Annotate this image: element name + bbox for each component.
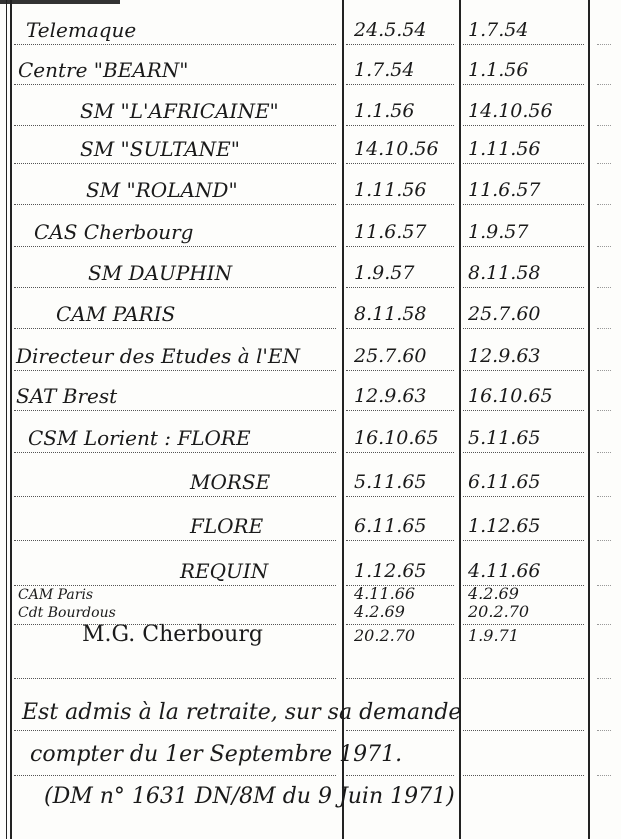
margin-dots bbox=[597, 678, 611, 679]
row-assignment: FLORE bbox=[190, 514, 263, 538]
row-from-date: 14.10.56 bbox=[354, 138, 439, 160]
row-assignment: SM "SULTANE" bbox=[80, 137, 240, 161]
margin-dots bbox=[597, 204, 611, 205]
right-border-line bbox=[588, 0, 590, 839]
row-to-date: 4.2.69 bbox=[468, 584, 519, 603]
ruled-line bbox=[346, 125, 454, 126]
ruled-line bbox=[14, 452, 336, 453]
closing-note-line-3: (DM n° 1631 DN/8M du 9 Juin 1971) bbox=[44, 784, 455, 809]
ruled-line bbox=[346, 370, 454, 371]
ruled-line bbox=[14, 287, 336, 288]
closing-note-line-1: Est admis à la retraite, sur sa demande bbox=[22, 700, 461, 725]
ruled-line bbox=[14, 163, 336, 164]
row-to-date: 1.12.65 bbox=[468, 515, 541, 537]
ruled-line bbox=[346, 775, 454, 776]
row-from-date: 1.11.56 bbox=[354, 179, 427, 201]
row-from-date: 8.11.58 bbox=[354, 303, 427, 325]
row-assignment: Centre "BEARN" bbox=[18, 58, 189, 82]
ruled-line bbox=[14, 84, 336, 85]
row-from-date: 16.10.65 bbox=[354, 427, 439, 449]
ruled-line bbox=[346, 496, 454, 497]
row-from-date: 12.9.63 bbox=[354, 385, 427, 407]
margin-dots bbox=[597, 246, 611, 247]
ruled-line bbox=[14, 328, 336, 329]
ruled-line bbox=[346, 44, 454, 45]
ruled-line bbox=[14, 624, 336, 625]
ruled-line bbox=[14, 204, 336, 205]
row-assignment: CAM PARIS bbox=[56, 302, 175, 326]
row-assignment: M.G. Cherbourg bbox=[82, 622, 263, 647]
margin-dots bbox=[597, 775, 611, 776]
ruled-line bbox=[14, 246, 336, 247]
margin-dots bbox=[597, 125, 611, 126]
row-assignment: Cdt Bourdous bbox=[18, 605, 116, 621]
ruled-line bbox=[14, 44, 336, 45]
ruled-line bbox=[346, 410, 454, 411]
row-to-date: 4.11.66 bbox=[468, 560, 541, 582]
ruled-line bbox=[463, 775, 584, 776]
row-from-date: 1.12.65 bbox=[354, 560, 427, 582]
row-from-date: 20.2.70 bbox=[354, 626, 415, 645]
ledger-page: Telemaque24.5.541.7.54Centre "BEARN"1.7.… bbox=[0, 0, 621, 839]
ruled-line bbox=[14, 730, 336, 731]
ruled-line bbox=[463, 370, 584, 371]
margin-dots bbox=[597, 410, 611, 411]
ruled-line bbox=[463, 246, 584, 247]
ruled-line bbox=[14, 496, 336, 497]
margin-dots bbox=[597, 328, 611, 329]
row-from-date: 4.2.69 bbox=[354, 602, 405, 621]
row-assignment: SM "L'AFRICAINE" bbox=[80, 99, 279, 123]
row-to-date: 1.7.54 bbox=[468, 19, 528, 41]
row-to-date: 5.11.65 bbox=[468, 427, 541, 449]
row-to-date: 20.2.70 bbox=[468, 602, 529, 621]
row-assignment: CSM Lorient : FLORE bbox=[28, 426, 251, 450]
ruled-line bbox=[463, 452, 584, 453]
margin-dots bbox=[597, 496, 611, 497]
ruled-line bbox=[463, 496, 584, 497]
ruled-line bbox=[14, 585, 336, 586]
ruled-line bbox=[346, 84, 454, 85]
ruled-line bbox=[463, 125, 584, 126]
row-assignment: Directeur des Etudes à l'EN bbox=[16, 344, 300, 368]
ruled-line bbox=[14, 370, 336, 371]
ruled-line bbox=[14, 775, 336, 776]
row-from-date: 25.7.60 bbox=[354, 345, 427, 367]
margin-dots bbox=[597, 44, 611, 45]
ruled-line bbox=[463, 44, 584, 45]
ruled-line bbox=[463, 84, 584, 85]
ruled-line bbox=[463, 678, 584, 679]
ruled-line bbox=[346, 204, 454, 205]
ruled-line bbox=[14, 540, 336, 541]
left-margin-line bbox=[6, 0, 7, 839]
row-assignment: CAS Cherbourg bbox=[34, 220, 193, 244]
left-border-line bbox=[10, 0, 12, 839]
row-assignment: Telemaque bbox=[26, 18, 136, 42]
row-to-date: 6.11.65 bbox=[468, 471, 541, 493]
ruled-line bbox=[463, 624, 584, 625]
ruled-line bbox=[346, 328, 454, 329]
ruled-line bbox=[346, 287, 454, 288]
row-from-date: 1.9.57 bbox=[354, 262, 414, 284]
row-to-date: 25.7.60 bbox=[468, 303, 541, 325]
ruled-line bbox=[463, 328, 584, 329]
row-to-date: 12.9.63 bbox=[468, 345, 541, 367]
row-from-date: 1.1.56 bbox=[354, 100, 414, 122]
row-assignment: REQUIN bbox=[180, 559, 268, 583]
ruled-line bbox=[346, 585, 454, 586]
row-to-date: 1.9.71 bbox=[468, 626, 519, 645]
row-assignment: SM DAUPHIN bbox=[88, 261, 232, 285]
margin-dots bbox=[597, 84, 611, 85]
margin-dots bbox=[597, 624, 611, 625]
row-from-date: 24.5.54 bbox=[354, 19, 427, 41]
row-assignment: SM "ROLAND" bbox=[86, 178, 238, 202]
row-to-date: 8.11.58 bbox=[468, 262, 541, 284]
ruled-line bbox=[346, 730, 454, 731]
ruled-line bbox=[346, 540, 454, 541]
row-to-date: 16.10.65 bbox=[468, 385, 553, 407]
margin-dots bbox=[597, 452, 611, 453]
margin-dots bbox=[597, 730, 611, 731]
ruled-line bbox=[463, 730, 584, 731]
row-to-date: 1.11.56 bbox=[468, 138, 541, 160]
row-from-date: 4.11.66 bbox=[354, 584, 415, 603]
margin-dots bbox=[597, 585, 611, 586]
ruled-line bbox=[346, 246, 454, 247]
row-from-date: 11.6.57 bbox=[354, 221, 427, 243]
ruled-line bbox=[463, 204, 584, 205]
row-to-date: 1.1.56 bbox=[468, 59, 528, 81]
ruled-line bbox=[463, 410, 584, 411]
top-edge-mark bbox=[0, 0, 120, 4]
row-from-date: 5.11.65 bbox=[354, 471, 427, 493]
ruled-line bbox=[14, 125, 336, 126]
margin-dots bbox=[597, 163, 611, 164]
row-from-date: 6.11.65 bbox=[354, 515, 427, 537]
ruled-line bbox=[346, 678, 454, 679]
row-to-date: 1.9.57 bbox=[468, 221, 528, 243]
ruled-line bbox=[14, 678, 336, 679]
ruled-line bbox=[463, 163, 584, 164]
ruled-line bbox=[346, 624, 454, 625]
margin-dots bbox=[597, 540, 611, 541]
ruled-line bbox=[463, 585, 584, 586]
row-assignment: MORSE bbox=[190, 470, 270, 494]
ruled-line bbox=[14, 410, 336, 411]
ruled-line bbox=[346, 163, 454, 164]
row-assignment: SAT Brest bbox=[16, 384, 117, 408]
row-to-date: 14.10.56 bbox=[468, 100, 553, 122]
row-from-date: 1.7.54 bbox=[354, 59, 414, 81]
ruled-line bbox=[463, 540, 584, 541]
margin-dots bbox=[597, 370, 611, 371]
ruled-line bbox=[463, 287, 584, 288]
margin-dots bbox=[597, 287, 611, 288]
row-to-date: 11.6.57 bbox=[468, 179, 541, 201]
ruled-line bbox=[346, 452, 454, 453]
row-assignment: CAM Paris bbox=[18, 587, 93, 603]
closing-note-line-2: compter du 1er Septembre 1971. bbox=[30, 742, 402, 767]
